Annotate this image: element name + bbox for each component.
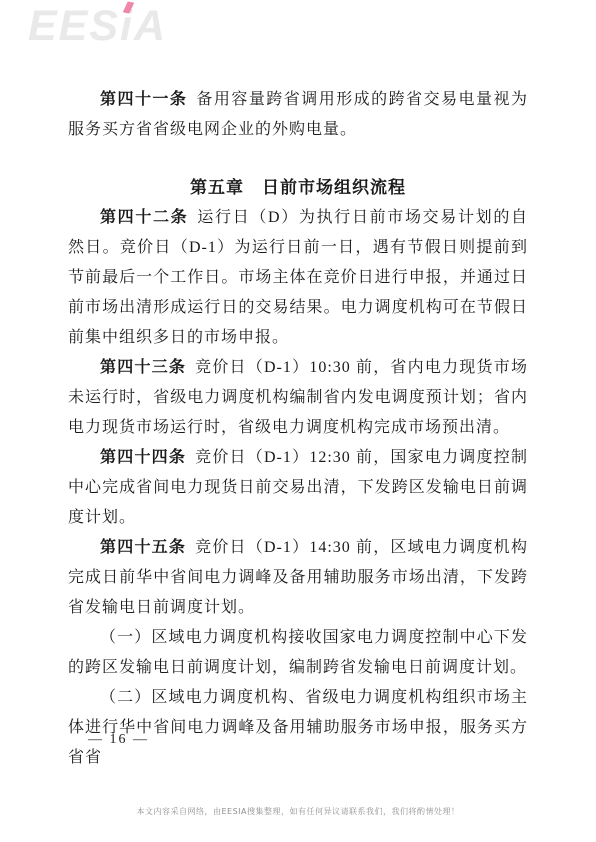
logo-text-a: A [134, 2, 167, 50]
article-44-number: 第四十四条 [100, 449, 186, 466]
article-43-number: 第四十三条 [100, 359, 186, 376]
article-41-number: 第四十一条 [100, 91, 187, 108]
article-42-number: 第四十二条 [100, 209, 188, 226]
paragraph-item-2: （二）区域电力调度机构、省级电力调度机构组织市场主体进行华中省间电力调峰及备用辅… [68, 683, 528, 773]
logo-letter-i: i [120, 2, 134, 51]
footer-disclaimer: 本文内容采自网络，由EESIA搜集整理，如有任何异议请联系我们，我们将酌情处理！ [0, 806, 596, 817]
paragraph-article-42: 第四十二条运行日（D）为执行日前市场交易计划的自然日。竞价日（D-1）为运行日前… [68, 203, 528, 353]
item-1-text: （一）区域电力调度机构接收国家电力调度控制中心下发的跨区发输电日前调度计划，编制… [68, 629, 528, 676]
document-body: 第四十一条备用容量跨省调用形成的跨省交易电量视为服务买方省省级电网企业的外购电量… [68, 85, 528, 773]
logo-text-ees: EES [28, 2, 120, 50]
page-number: — 16 — [88, 732, 149, 748]
eesia-logo: EESiA [28, 2, 167, 51]
article-45-number: 第四十五条 [100, 539, 186, 556]
article-42-text: 运行日（D）为执行日前市场交易计划的自然日。竞价日（D-1）为运行日前一日，遇有… [68, 209, 528, 346]
paragraph-article-44: 第四十四条竞价日（D-1）12:30 前，国家电力调度控制中心完成省间电力现货日… [68, 443, 528, 533]
chapter-heading: 第五章 日前市场组织流程 [68, 173, 528, 203]
paragraph-article-41: 第四十一条备用容量跨省调用形成的跨省交易电量视为服务买方省省级电网企业的外购电量… [68, 85, 528, 145]
paragraph-item-1: （一）区域电力调度机构接收国家电力调度控制中心下发的跨区发输电日前调度计划，编制… [68, 623, 528, 683]
document-page: EESiA 第四十一条备用容量跨省调用形成的跨省交易电量视为服务买方省省级电网企… [0, 0, 596, 842]
item-2-text: （二）区域电力调度机构、省级电力调度机构组织市场主体进行华中省间电力调峰及备用辅… [68, 689, 528, 766]
paragraph-article-45: 第四十五条竞价日（D-1）14:30 前，区域电力调度机构完成日前华中省间电力调… [68, 533, 528, 623]
paragraph-article-43: 第四十三条竞价日（D-1）10:30 前，省内电力现货市场未运行时，省级电力调度… [68, 353, 528, 443]
